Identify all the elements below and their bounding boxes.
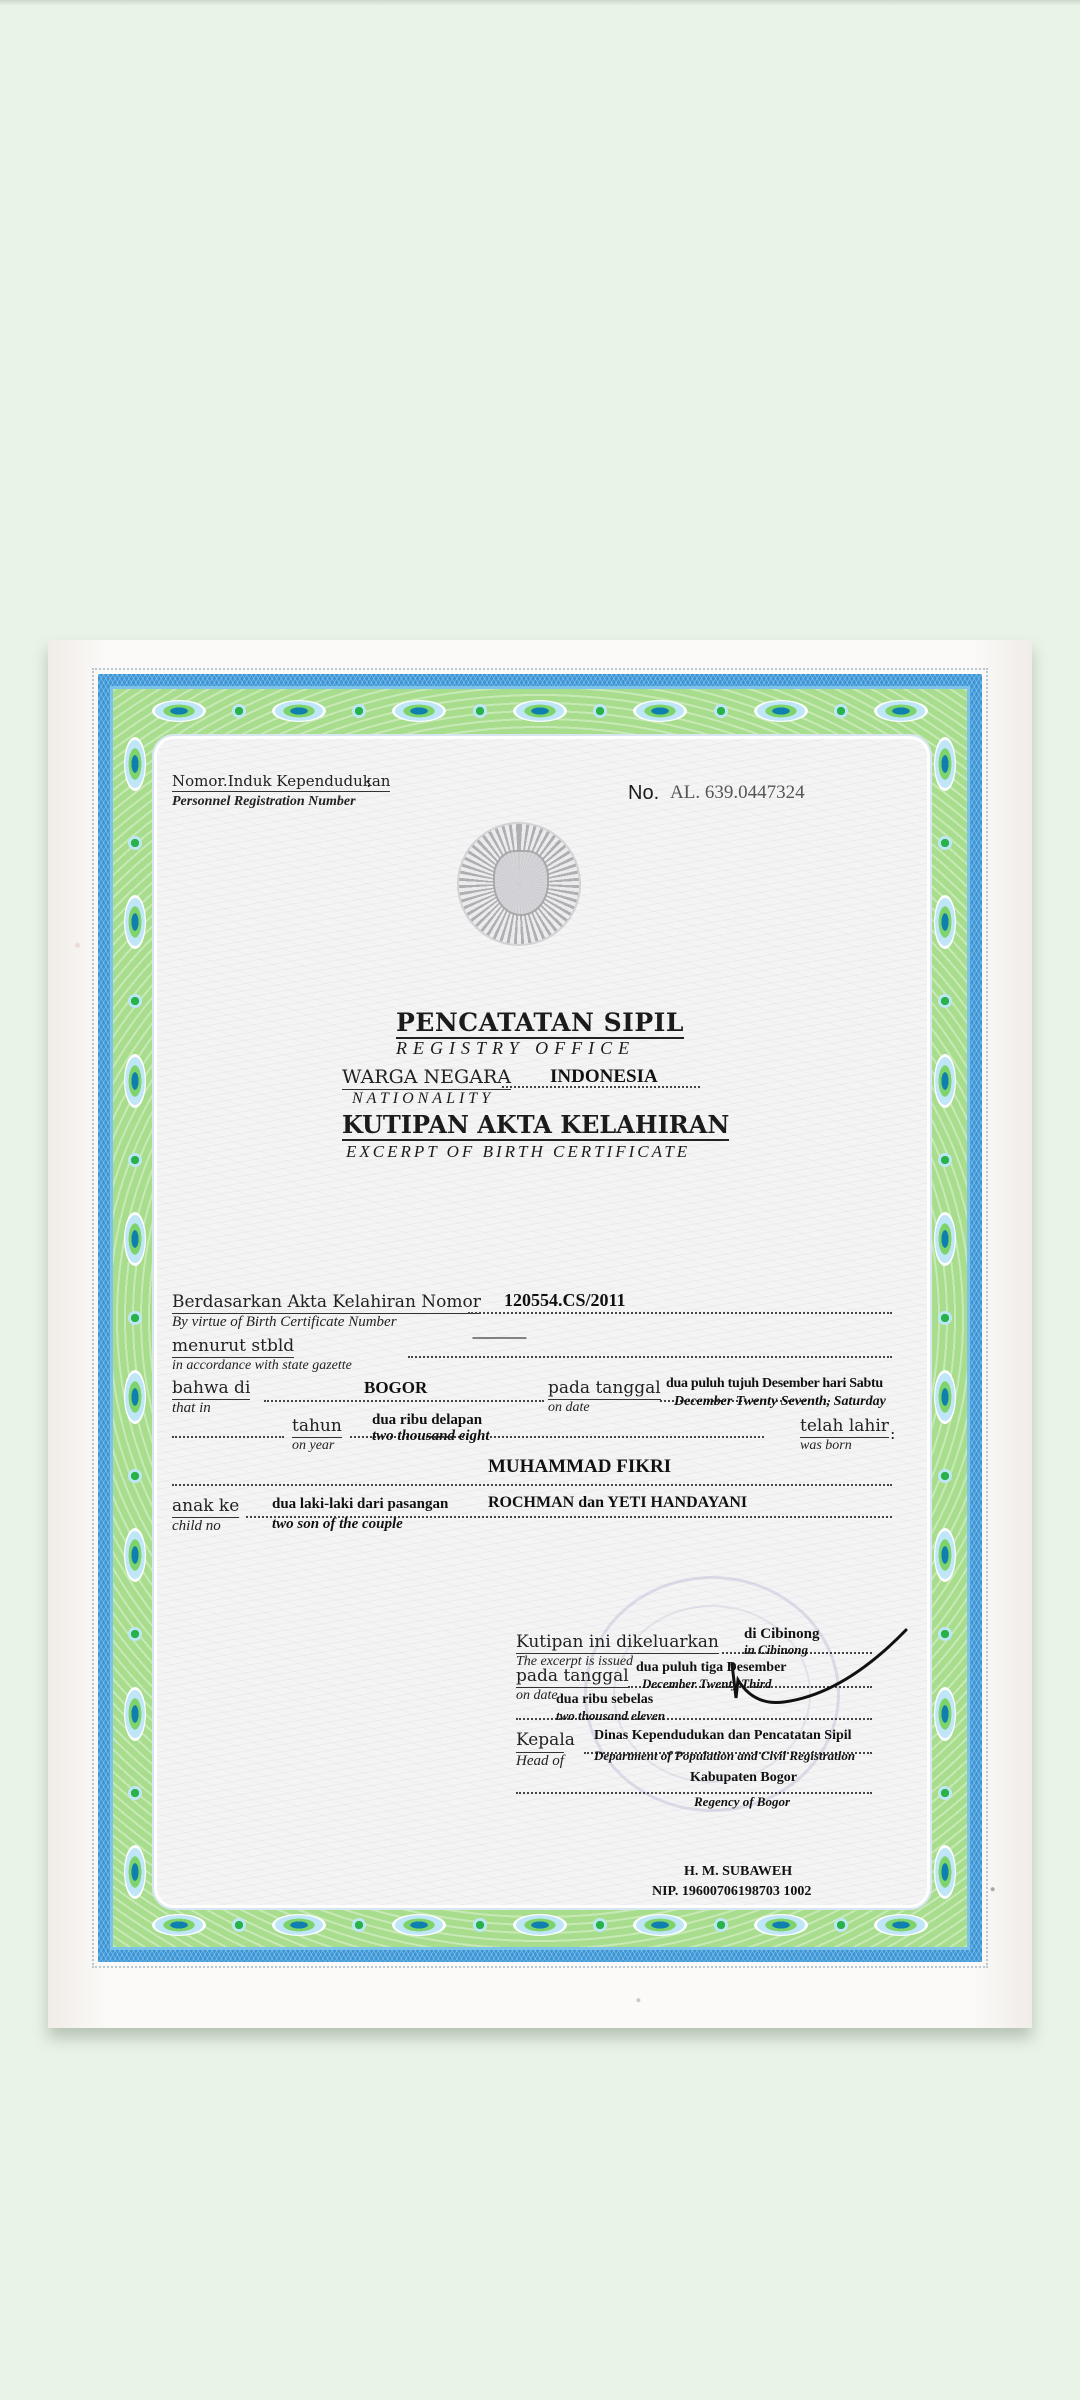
birth-place-sublabel: that in [172,1400,211,1417]
regency-en: Regency of Bogor [694,1794,790,1810]
birth-year-value: dua ribu delapan [372,1412,482,1429]
birth-place-label: bahwa di [172,1378,250,1398]
ornament-col-left [115,715,155,1921]
parents-names: ROCHMAN dan YETI HANDAYANI [488,1494,747,1512]
serial-number: AL. 639.0447324 [670,782,805,804]
regency: Kabupaten Bogor [690,1770,797,1786]
ornament-row-bottom [139,1905,941,1945]
nik-label: Nomor.Induk Kependudukan [172,772,390,790]
birth-place-dotline [264,1400,544,1402]
issued-year-value-en: two thousand eleven [556,1708,665,1724]
head-of-sublabel: Head of [516,1752,564,1770]
birth-date-value: dua puluh tujuh Desember hari Sabtu [666,1376,883,1392]
nationality-label: WARGA NEGARA [342,1066,511,1088]
stbld-dotline [408,1356,892,1358]
issued-date-label: pada tanggal [516,1666,629,1686]
cert-number-dotline [468,1312,892,1314]
status-bar-shade [0,0,1080,6]
birth-date-value-en: December Twenty Seventh, Saturday [674,1394,886,1410]
stbld-sublabel: in accordance with state gazette [172,1358,352,1374]
child-number-label: anak ke [172,1496,239,1516]
child-number-value-en: two son of the couple [272,1516,403,1533]
head-department: Dinas Kependudukan dan Pencatatan Sipil [594,1728,852,1744]
issued-date-sublabel: on date [516,1688,558,1704]
official-nip: NIP. 19600706198703 1002 [652,1884,811,1900]
office-subtitle: REGISTRY OFFICE [396,1038,635,1059]
nik-sublabel: Personnel Registration Number [172,794,356,810]
birth-date-sublabel: on date [548,1400,590,1416]
certificate-body: Nomor.Induk Kependudukan : Personnel Reg… [152,734,932,1910]
was-born-sublabel: was born [800,1438,852,1454]
birth-date-label: pada tanggal [548,1378,661,1398]
ornament-row-top [139,691,941,731]
was-born-label: telah lahir [800,1416,889,1436]
was-born-colon: : [890,1424,895,1443]
nik-colon: : [366,772,371,791]
signature-mark [714,1606,914,1726]
head-of-label: Kepala [516,1730,575,1750]
child-number-value: dua laki-laki dari pasangan [272,1496,448,1513]
official-name: H. M. SUBAWEH [684,1864,792,1880]
nationality-value: INDONESIA [550,1066,658,1088]
office-title: PENCATATAN SIPIL [396,1008,684,1039]
document-subtitle: EXCERPT OF BIRTH CERTIFICATE [346,1142,690,1162]
child-name-dotline [172,1484,892,1486]
birth-certificate-document: Nomor.Induk Kependudukan : Personnel Reg… [48,640,1032,2028]
cert-number-value: 120554.CS/2011 [504,1290,626,1311]
garuda-emblem-icon [459,824,579,944]
birth-year-label: tahun [292,1416,342,1436]
birth-year-sublabel: on year [292,1438,334,1454]
child-number-sublabel: child no [172,1518,221,1535]
issued-label: Kutipan ini dikeluarkan [516,1632,719,1652]
nationality-sublabel: NATIONALITY [352,1090,494,1108]
serial-prefix: No. [628,782,659,805]
stbld-value: ------------------ [472,1330,526,1345]
child-name: MUHAMMAD FIKRI [488,1456,671,1478]
stbld-label: menurut stbld [172,1336,294,1356]
birth-place-value: BOGOR [364,1378,427,1398]
cert-number-label: Berdasarkan Akta Kelahiran Nomor [172,1292,481,1312]
birth-year-value-en: two thousand eight [372,1428,490,1445]
year-leading-dotline [172,1436,284,1438]
issued-year-value: dua ribu sebelas [556,1692,653,1708]
cert-number-sublabel: By virtue of Birth Certificate Number [172,1314,397,1331]
head-department-en: Department of Population and Civil Regis… [594,1748,855,1764]
document-title: KUTIPAN AKTA KELAHIRAN [342,1110,729,1141]
